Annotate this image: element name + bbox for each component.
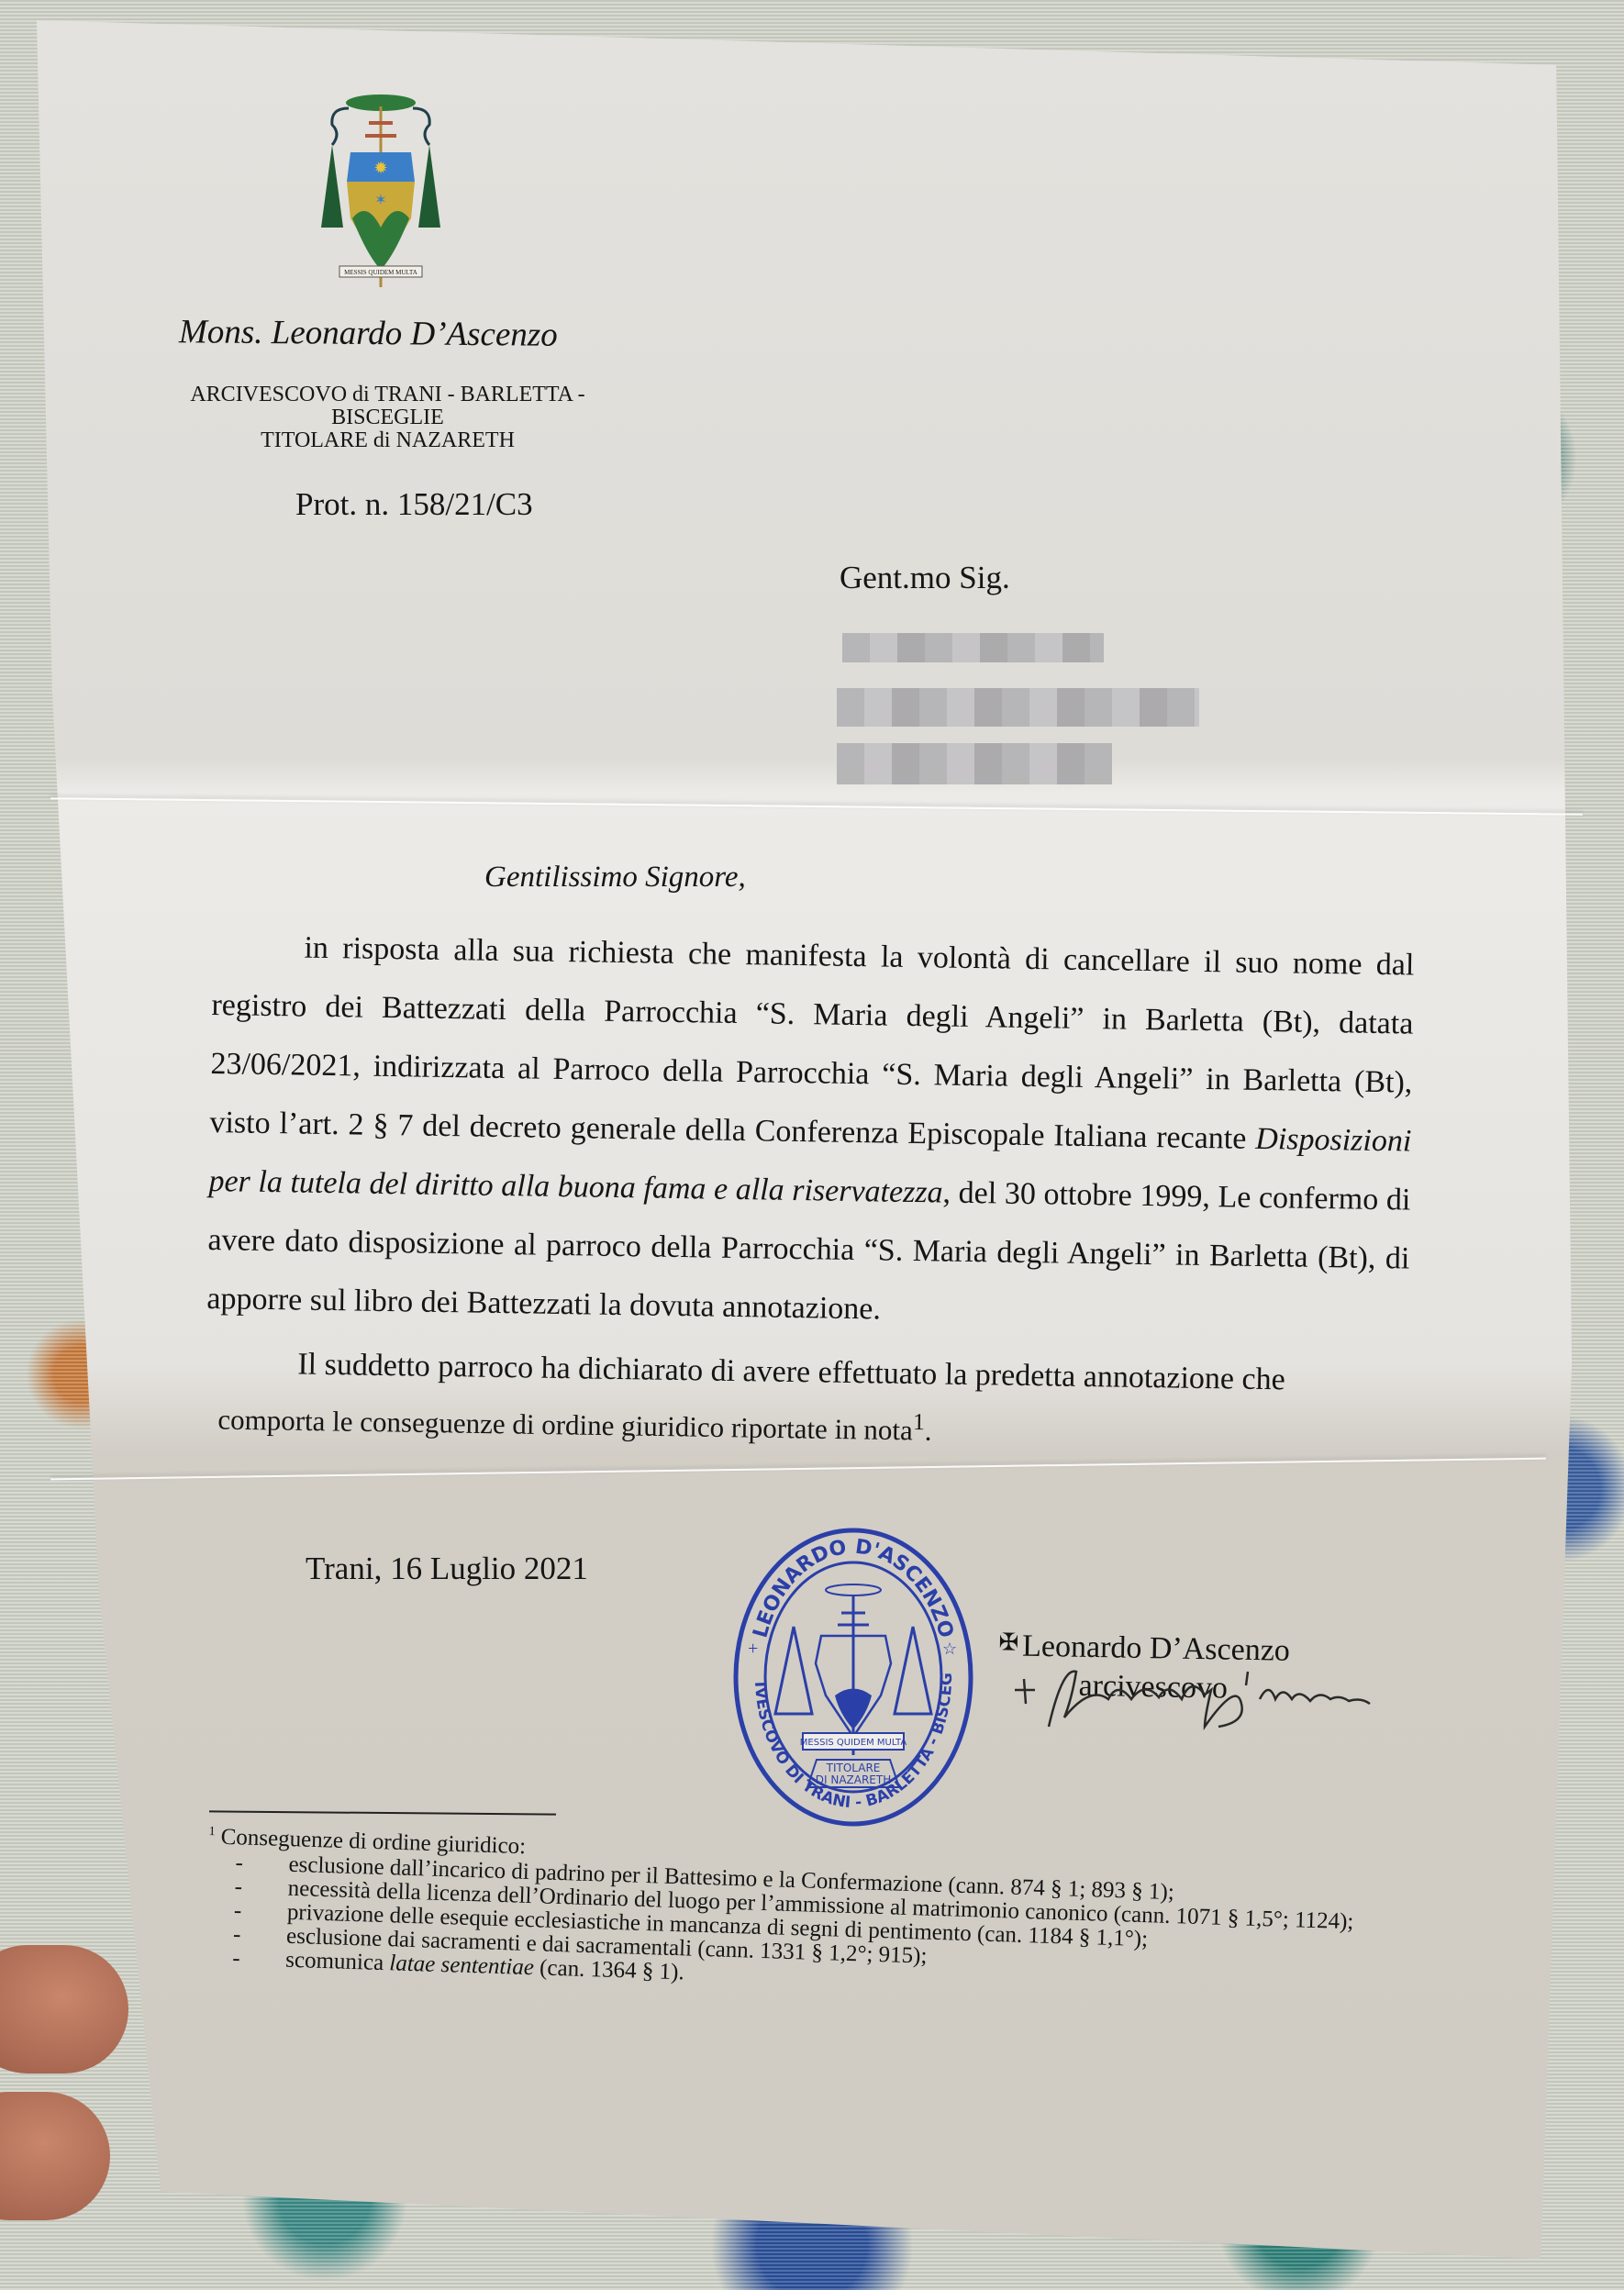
redacted-recipient-address <box>837 688 1199 727</box>
redacted-recipient-city <box>837 743 1112 784</box>
redacted-recipient-name <box>842 633 1104 662</box>
svg-text:✶: ✶ <box>374 193 386 208</box>
coat-of-arms-icon: ✹ ✶ MESSIS QUIDEM MULTA <box>312 90 450 301</box>
svg-text:MESSIS QUIDEM MULTA: MESSIS QUIDEM MULTA <box>344 269 417 276</box>
sender-title: ARCIVESCOVO di TRANI - BARLETTA - BISCEG… <box>138 384 638 452</box>
sender-name: Mons. Leonardo D’Ascenzo <box>179 312 558 355</box>
body-paragraph-2: Il suddetto parroco ha dichiarato di ave… <box>205 1334 1408 1457</box>
finger <box>0 1945 128 2073</box>
svg-text:☆: ☆ <box>942 1640 957 1658</box>
svg-text:DI NAZARETH: DI NAZARETH <box>816 1773 891 1786</box>
salutation: Gentilissimo Signore, <box>484 861 746 895</box>
svg-text:✹: ✹ <box>373 159 387 177</box>
svg-text:+: + <box>748 1639 758 1659</box>
handwritten-signature-icon <box>1007 1662 1393 1736</box>
sender-title-line1: ARCIVESCOVO di TRANI - BARLETTA - BISCEG… <box>138 384 638 429</box>
finger <box>0 2092 110 2220</box>
episcopal-seal-icon: LEONARDO D'ASCENZO ARCIVESCOVO DI TRANI … <box>729 1526 977 1829</box>
sender-title-line2: TITOLARE di NAZARETH <box>138 429 638 452</box>
svg-text:TITOLARE: TITOLARE <box>826 1762 881 1774</box>
protocol-number: Prot. n. 158/21/C3 <box>295 486 533 523</box>
recipient-label: Gent.mo Sig. <box>840 560 1010 596</box>
place-date: Trani, 16 Luglio 2021 <box>306 1551 588 1587</box>
footnote-reference: 1 <box>913 1408 925 1435</box>
letter-body: in risposta alla sua richiesta che manif… <box>205 917 1415 1457</box>
svg-text:MESSIS QUIDEM MULTA: MESSIS QUIDEM MULTA <box>800 1738 907 1748</box>
body-paragraph-1: in risposta alla sua richiesta che manif… <box>206 917 1415 1348</box>
cross-pattee-icon: ✠ <box>998 1629 1018 1655</box>
